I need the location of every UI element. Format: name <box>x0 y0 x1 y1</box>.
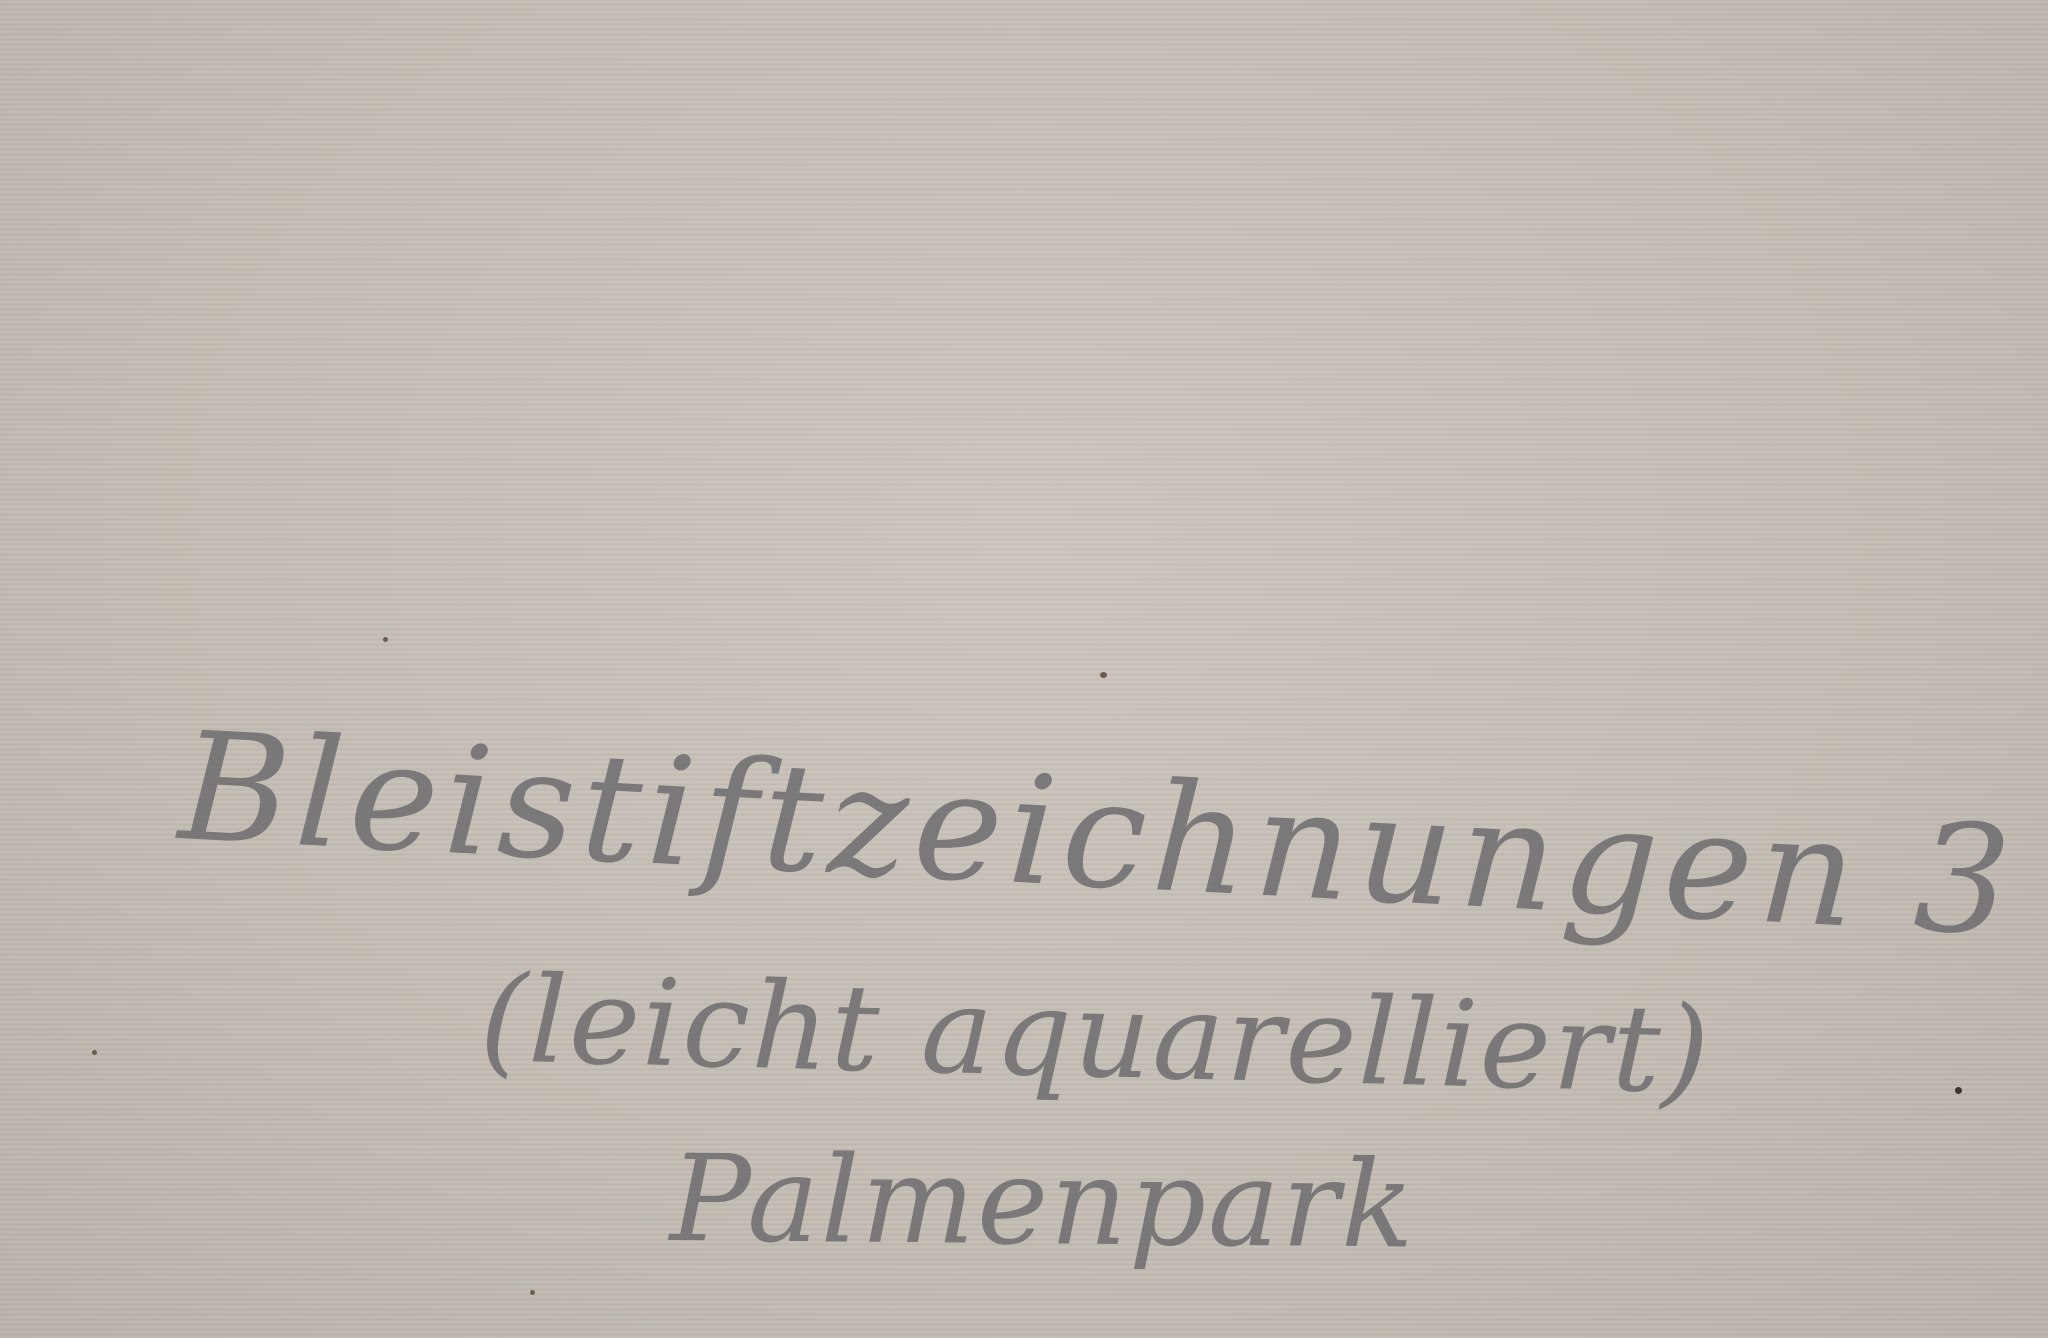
paper-speck <box>1955 1087 1962 1094</box>
inscription-line-subject: Palmenpark <box>669 1130 1416 1276</box>
inscription-line-technique: (leicht aquarelliert) <box>478 950 1713 1121</box>
paper-speck <box>383 637 388 642</box>
paper-speck <box>530 1290 535 1295</box>
paper-speck <box>92 1050 97 1055</box>
inscription-line-title: Bleistiftzeichnungen 3 <box>175 700 2020 970</box>
paper-speck <box>1100 672 1107 678</box>
paper-background: Bleistiftzeichnungen 3 (leicht aquarelli… <box>0 0 2048 1338</box>
